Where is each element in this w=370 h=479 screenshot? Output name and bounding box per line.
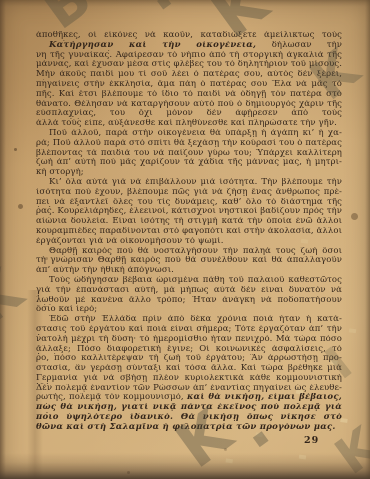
text-line: κουραμπιέδες παραδίνονται στὸ φαγοπότι κ… bbox=[36, 227, 342, 237]
text-line: Δὲν πολεμᾷ ἐναντίον τῶν Ρώσσων ἀπ’ ἐναντ… bbox=[36, 384, 342, 394]
body-text: ἀλλὰ τοὺς εἶπε, αὐξάνεσθε καὶ πληθύνεσθε… bbox=[36, 119, 337, 128]
scan-edge-left bbox=[0, 0, 6, 479]
body-text: εὐσπλαχνίας, του ὄχι μόνον δὲν ἀφῄρεσεν … bbox=[36, 109, 342, 119]
emphasis-text: καὶ θὰ νικήσῃ, εἶμαι βέβαιος, bbox=[187, 393, 342, 402]
body-text: νατολὴ μέχρι τὴ δύση· τὸ ἡμερομίσθιο ἦτα… bbox=[36, 335, 342, 344]
body-text: μάννας, καὶ ἔχυσαν μέσα στὶς φλέβες του … bbox=[36, 60, 342, 69]
text-line: Τοὺς ὡδήγησαν βέβαια ὡρισμένα πάθη τοῦ π… bbox=[36, 276, 342, 286]
body-text: πει νὰ ἐξαντλεῖ ὅλες του τὶς δυνάμεις, κ… bbox=[36, 198, 342, 208]
body-text: ἄλλαξε; Πόσο διαφορετικὴ ἔγινε; Οἱ κοινω… bbox=[36, 345, 342, 355]
emphasis-text: ποιο ὑψηλότερο ἰδανικό. Θὰ νικήσῃ ὅπως ν… bbox=[36, 413, 342, 423]
text-line: ἄλλαξε; Πόσο διαφορετικὴ ἔγινε; Οἱ κοινω… bbox=[36, 345, 342, 355]
paper-specks bbox=[14, 148, 17, 151]
body-text: στασία, ἂν γεράσῃ σύνταξι καὶ τόσα ἄλλα.… bbox=[36, 364, 342, 373]
body-text: κὴ στοργή; bbox=[36, 168, 84, 177]
text-line: αἰώνια δουλεία. Εἶναι ἰσότης τὴ στιγμὴ κ… bbox=[36, 217, 342, 227]
text-line: ἐργάζονται γιὰ νὰ οἰκονομήσουν τὸ ψωμί. bbox=[36, 237, 342, 247]
text-line: ρο, πόσο καλλιτέρεψαν τὴ ζωὴ τοῦ ἐργάτου… bbox=[36, 354, 342, 364]
body-text: γιὰ τὴν ἐπανάστασι αὐτή, μὰ μήπως αὐτὰ δ… bbox=[36, 286, 342, 296]
text-line: ζωὴ ἀπ’ αὐτὴ ποὺ μᾶς χαρίζουν τὰ χάδια τ… bbox=[36, 158, 342, 168]
text-line: ὅσιο καὶ ἱερό; bbox=[36, 305, 342, 315]
text-line: στασις τοῦ ἐργάτου καὶ ποιὰ εἶναι σήμερα… bbox=[36, 325, 342, 335]
body-text: ἰσότητα ποὺ ἔχουν, βλέπουμε πῶς γιὰ νὰ ζ… bbox=[36, 188, 342, 197]
page-text: ἀποθῆκες, οἱ εἰκόνες νὰ καοῦν, καταδιώξε… bbox=[36, 31, 342, 433]
text-line: εὐσπλαχνίας, του ὄχι μόνον δὲν ἀφῄρεσεν … bbox=[36, 109, 342, 119]
page-number: 29 bbox=[304, 435, 319, 446]
text-line: ἀλλὰ τοὺς εἶπε, αὐξάνεσθε καὶ πληθύνεσθε… bbox=[36, 119, 342, 129]
text-line: στασία, ἂν γεράσῃ σύνταξι καὶ τόσα ἄλλα.… bbox=[36, 364, 342, 374]
text-line: γιὰ τὴν ἐπανάστασι αὐτή, μὰ μήπως αὐτὰ δ… bbox=[36, 286, 342, 296]
body-text: Ποῦ ἀλλοῦ, παρὰ στὴν οἰκογένεια θὰ ὑπάρξ… bbox=[49, 129, 342, 138]
text-line: Κι’ ὅλα αὐτὰ γιὰ νὰ ἐπιβάλλουν μιὰ ἰσότη… bbox=[36, 178, 342, 188]
body-text: Τοὺς ὡδήγησαν βέβαια ὡρισμένα πάθη τοῦ π… bbox=[49, 276, 342, 285]
text-line: πει νὰ ἐξαντλεῖ ὅλες του τὶς δυνάμεις, κ… bbox=[36, 198, 342, 208]
text-line: βλέποντας τὰ παιδιά του νὰ παίζουν γύρω … bbox=[36, 149, 342, 159]
text-line: Ἐδῶ στὴν Ἑλλάδα πρὶν ἀπὸ δέκα χρόνια ποι… bbox=[36, 315, 342, 325]
text-line: κὴ στοργή; bbox=[36, 168, 342, 178]
body-text: πηγαίνεις στὴν ἐκκλησία, ἅμα πάη ὁ πατέρ… bbox=[36, 80, 342, 89]
body-text: νη τῆς γυναίκας. Ἀφαίρεσαν τὸ νήπιο ἀπὸ … bbox=[36, 51, 342, 60]
body-text: ἀπ’ αὐτὴν τὴν ἠθικὴ ἀπόγνωσι. bbox=[36, 266, 174, 275]
text-line: νη τῆς γυναίκας. Ἀφαίρεσαν τὸ νήπιο ἀπὸ … bbox=[36, 51, 342, 61]
text-line: ρά; Ποῦ ἀλλοῦ παρὰ στὸ σπίτι θὰ ξεχάσῃ τ… bbox=[36, 139, 342, 149]
emphasis-text: πὼς θὰ νικήσῃ, γιατὶ νικᾷ πάντα ἐκεῖνος … bbox=[36, 403, 342, 413]
body-text: ὅσιο καὶ ἱερό; bbox=[36, 305, 97, 314]
body-text: πῆς. Καὶ ἔτσι βλέπουμε τὸ ἴδιο τὸ παιδὶ … bbox=[36, 90, 342, 99]
text-line: ἀπ’ αὐτὴν τὴν ἠθικὴ ἀπόγνωσι. bbox=[36, 266, 342, 276]
body-text: ἐργάζονται γιὰ νὰ οἰκονομήσουν τὸ ψωμί. bbox=[36, 237, 224, 246]
text-line: τὴ γνώρισαν Θαρθῇ καιρὸς ποὺ θὰ συνέλθου… bbox=[36, 256, 342, 266]
emphasis-text: θῶνα καὶ στὴ Σαλαμῖνα ἡ φιλοπατρία τῶν π… bbox=[36, 423, 336, 432]
scanned-page: ἀποθῆκες, οἱ εἰκόνες νὰ καοῦν, καταδιώξε… bbox=[0, 0, 370, 479]
text-line: λωθοῦν μὲ κανένα ἄλλο τρόπο; Ἦταν ἀνάγκη… bbox=[36, 296, 342, 306]
text-line: θάνατο. Θέλησαν νὰ καταργήσουν αὐτὸ ποὺ … bbox=[36, 100, 342, 110]
body-text: Ἐδῶ στὴν Ἑλλάδα πρὶν ἀπὸ δέκα χρόνια ποι… bbox=[49, 315, 342, 324]
body-text: ρά; Ποῦ ἀλλοῦ παρὰ στὸ σπίτι θὰ ξεχάσῃ τ… bbox=[36, 139, 342, 148]
body-text: ζωὴ ἀπ’ αὐτὴ ποὺ μᾶς χαρίζουν τὰ χάδια τ… bbox=[36, 158, 342, 167]
scan-edge-right bbox=[365, 0, 370, 479]
body-text: Δὲν πολεμᾷ ἐναντίον τῶν Ρώσσων ἀπ’ ἐναντ… bbox=[36, 384, 342, 393]
text-line: πῆς. Καὶ ἔτσι βλέπουμε τὸ ἴδιο τὸ παιδὶ … bbox=[36, 90, 342, 100]
text-line: ρας. Κουρελιάρηδες, ἐλεεινοί, κάτισχνοι … bbox=[36, 207, 342, 217]
scan-edge-bottom bbox=[0, 453, 370, 479]
text-line: Ποῦ ἀλλοῦ, παρὰ στὴν οἰκογένεια θὰ ὑπάρξ… bbox=[36, 129, 342, 139]
body-text: λωθοῦν μὲ κανένα ἄλλο τρόπο; Ἦταν ἀνάγκη… bbox=[36, 296, 342, 306]
text-line: πηγαίνεις στὴν ἐκκλησία, ἅμα πάη ὁ πατέρ… bbox=[36, 80, 342, 90]
text-line: ρωτής, πολεμᾷ τὸν κομμουνισμό, καὶ θὰ νι… bbox=[36, 393, 342, 403]
text-line: θῶνα καὶ στὴ Σαλαμῖνα ἡ φιλοπατρία τῶν π… bbox=[36, 423, 342, 433]
emphasis-text: Κατήργησαν καὶ τὴν οἰκογένεια, bbox=[49, 41, 272, 50]
body-text: Μὴν ἀκοῦς παιδί μου τί σοῦ λέει ὁ πατέρα… bbox=[36, 70, 342, 80]
text-line: μάννας, καὶ ἔχυσαν μέσα στὶς φλέβες του … bbox=[36, 60, 342, 70]
text-line: Κατήργησαν καὶ τὴν οἰκογένεια, δήλωσαν τ… bbox=[36, 41, 342, 51]
body-text: Γερμανία γιὰ νὰ σβήσῃ πλέον κυριολεκτικὰ… bbox=[36, 374, 342, 384]
body-text: Θαρθῇ καιρὸς ποὺ θὰ νοσταλγήσουν τὴν παλ… bbox=[49, 247, 342, 256]
body-text: στασις τοῦ ἐργάτου καὶ ποιὰ εἶναι σήμερα… bbox=[36, 325, 342, 335]
text-line: πὼς θὰ νικήσῃ, γιατὶ νικᾷ πάντα ἐκεῖνος … bbox=[36, 403, 342, 413]
body-text: κουραμπιέδες παραδίνονται στὸ φαγοπότι κ… bbox=[36, 227, 342, 236]
body-text: αἰώνια δουλεία. Εἶναι ἰσότης τὴ στιγμὴ κ… bbox=[36, 217, 342, 226]
watermark-letter: . bbox=[132, 0, 182, 21]
scan-edge-top bbox=[0, 0, 370, 7]
text-line: Μὴν ἀκοῦς παιδί μου τί σοῦ λέει ὁ πατέρα… bbox=[36, 70, 342, 80]
text-line: νατολὴ μέχρι τὴ δύση· τὸ ἡμερομίσθιο ἦτα… bbox=[36, 335, 342, 345]
body-text: τὴ γνώρισαν Θαρθῇ καιρὸς ποὺ θὰ συνέλθου… bbox=[36, 256, 342, 265]
text-line: Θαρθῇ καιρὸς ποὺ θὰ νοσταλγήσουν τὴν παλ… bbox=[36, 247, 342, 257]
body-text: θάνατο. Θέλησαν νὰ καταργήσουν αὐτὸ ποὺ … bbox=[36, 100, 342, 109]
body-text: ρο, πόσο καλλιτέρεψαν τὴ ζωὴ τοῦ ἐργάτου… bbox=[36, 354, 342, 363]
text-line: ἰσότητα ποὺ ἔχουν, βλέπουμε πῶς γιὰ νὰ ζ… bbox=[36, 188, 342, 198]
body-text: ἀποθῆκες, οἱ εἰκόνες νὰ καοῦν, καταδιώξε… bbox=[36, 31, 342, 41]
body-text: ρωτής, πολεμᾷ τὸν κομμουνισμό, bbox=[36, 393, 187, 402]
body-text: Κι’ ὅλα αὐτὰ γιὰ νὰ ἐπιβάλλουν μιὰ ἰσότη… bbox=[49, 178, 342, 187]
text-line: Γερμανία γιὰ νὰ σβήσῃ πλέον κυριολεκτικὰ… bbox=[36, 374, 342, 384]
body-text: βλέποντας τὰ παιδιά του νὰ παίζουν γύρω … bbox=[36, 149, 342, 158]
body-text: ρας. Κουρελιάρηδες, ἐλεεινοί, κάτισχνοι … bbox=[36, 207, 342, 216]
text-line: ἀποθῆκες, οἱ εἰκόνες νὰ καοῦν, καταδιώξε… bbox=[36, 31, 342, 41]
text-line: ποιο ὑψηλότερο ἰδανικό. Θὰ νικήσῃ ὅπως ν… bbox=[36, 413, 342, 423]
